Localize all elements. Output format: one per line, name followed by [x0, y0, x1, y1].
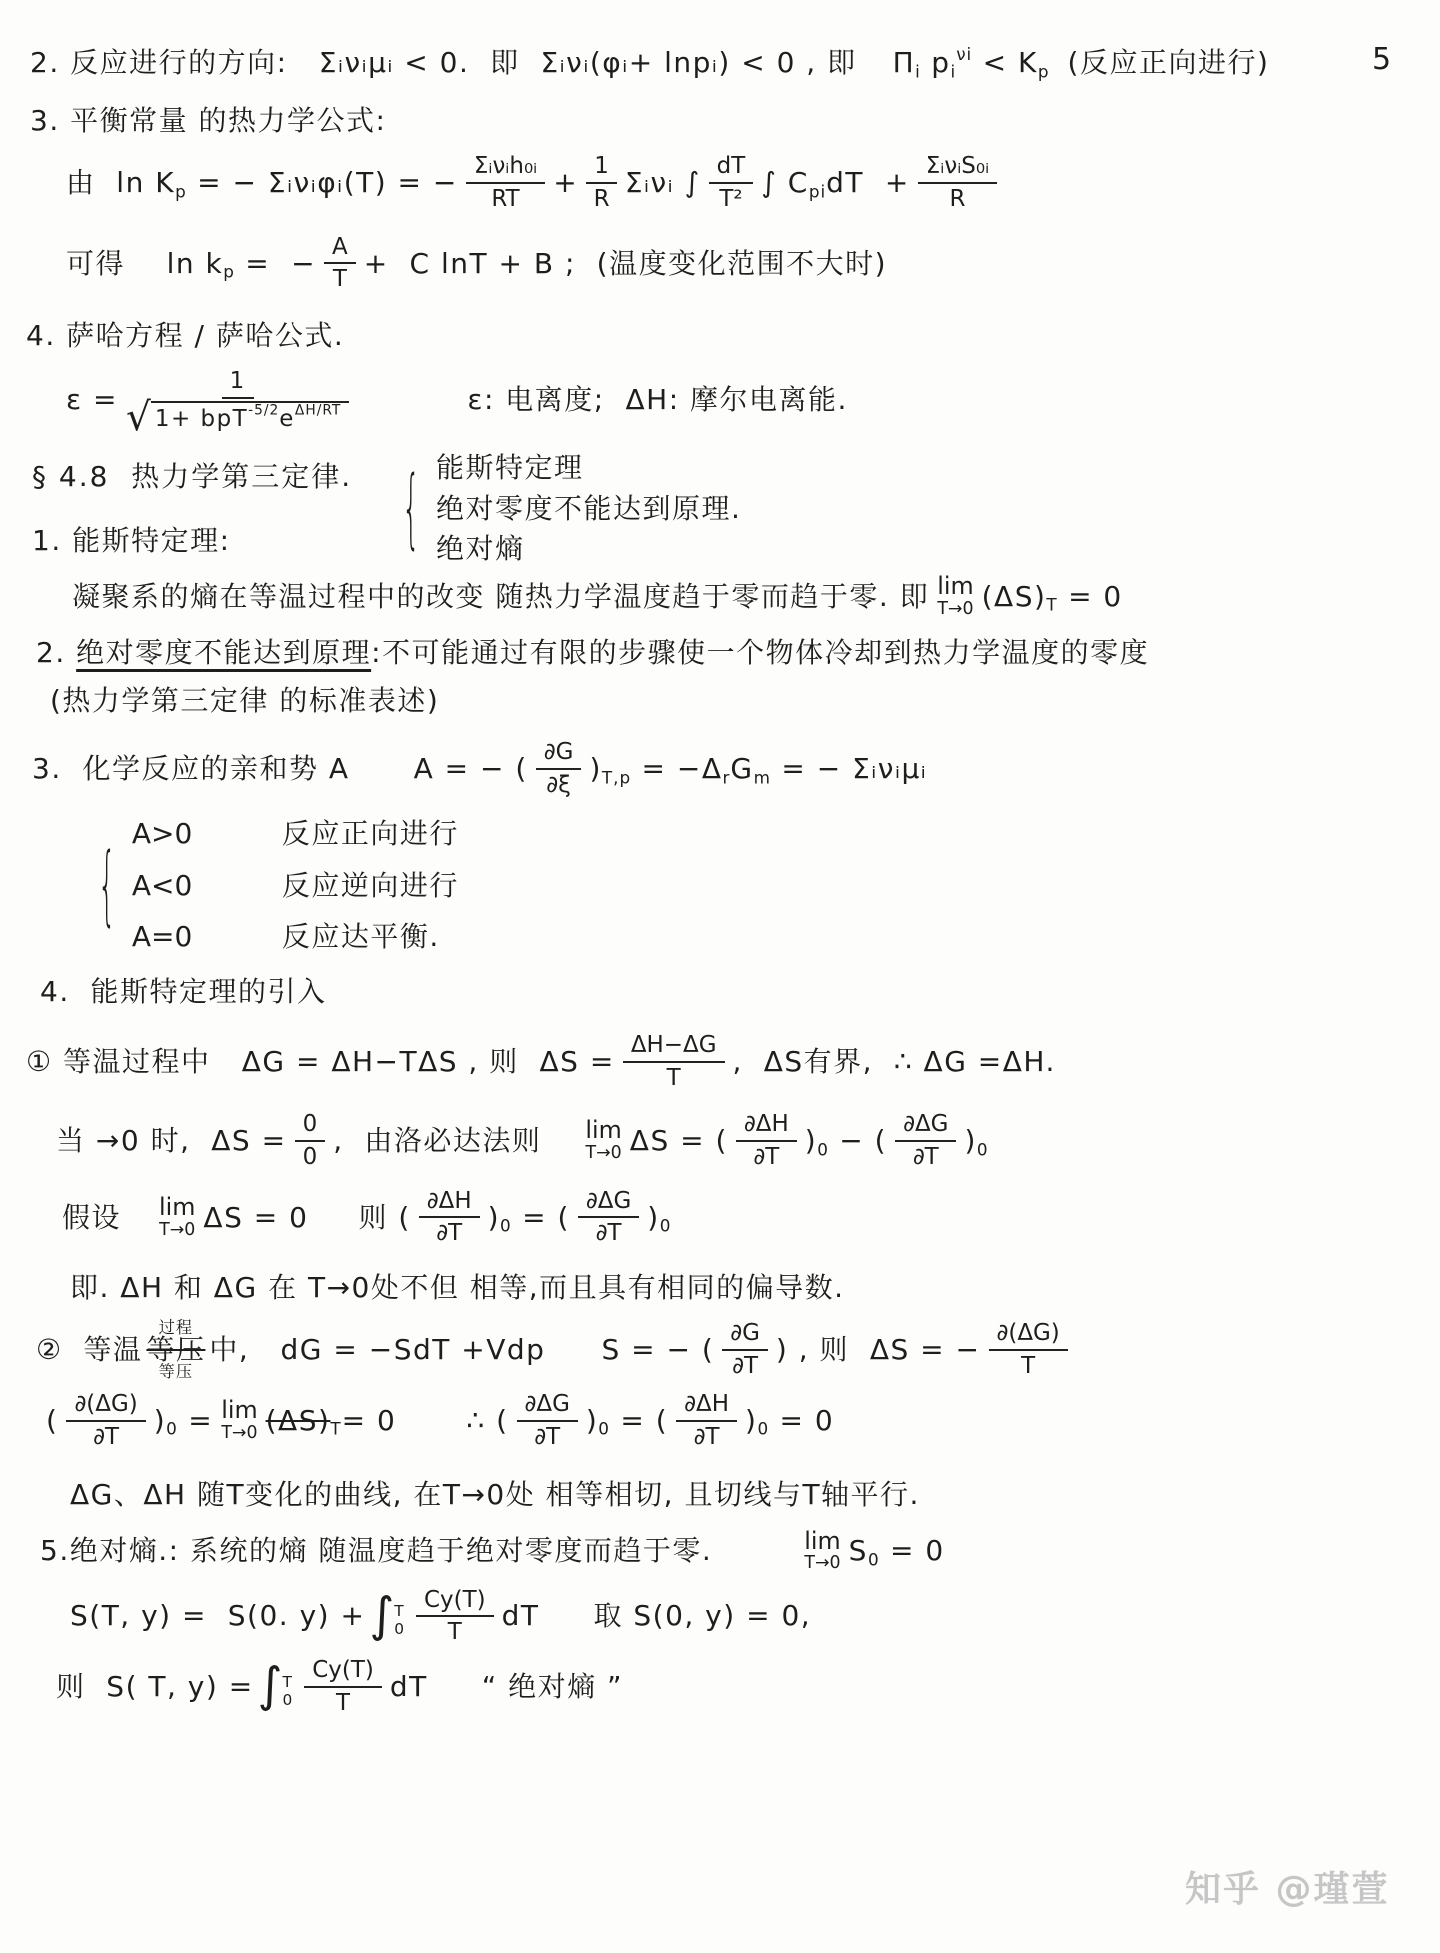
note-line: 2. 反应进行的方向: Σᵢνᵢμᵢ < 0. 即 Σᵢνᵢ(φᵢ+ lnpᵢ)… — [30, 46, 1430, 80]
spacer — [539, 1616, 593, 1617]
brace-row: A>0反应正向进行 — [132, 817, 459, 851]
note-line: 3. 化学反应的亲和势 AA = − (∂G∂ξ)T,p = −ΔrGm = −… — [32, 737, 1430, 800]
fraction-denominator: R — [594, 184, 610, 212]
math-fraction: ∂ΔH∂T — [676, 1391, 737, 1450]
spacer — [1050, 62, 1068, 63]
text-run: 2. 反应进行的方向: Σᵢνᵢμᵢ < 0. 即 Σᵢνᵢ(φᵢ+ lnpᵢ)… — [30, 46, 857, 80]
text-run: = ( — [512, 1201, 570, 1235]
handwritten-notes-page: 5 2. 反应进行的方向: Σᵢνᵢμᵢ < 0. 即 Σᵢνᵢ(φᵢ+ lnp… — [0, 0, 1440, 1953]
math-fraction: dTT² — [709, 153, 754, 212]
subscript: pi — [809, 181, 826, 201]
text-run: S(T, y) = S(0. y) + — [70, 1599, 365, 1633]
lower-bound: 0 — [282, 1691, 292, 1709]
note-line: ① 等温过程中 ΔG = ΔH−TΔS , 则 ΔS =ΔH−ΔGT, ΔS有界… — [26, 1030, 1430, 1093]
text-run: ) — [488, 1201, 500, 1235]
upper-bound: T — [282, 1673, 292, 1691]
spacer — [357, 400, 467, 401]
superscript: ΔH/RT — [295, 403, 341, 419]
limit: limT→0 — [585, 1119, 621, 1162]
fraction-denominator: T — [1021, 1351, 1035, 1379]
note-line: 5.绝对熵.: 系统的熵 随温度趋于绝对零度而趋于零.limT→0S0 = 0 — [40, 1530, 1430, 1573]
note-line: 假设limT→0ΔS = 0则 (∂ΔH∂T)0 = (∂ΔG∂T)0 — [62, 1186, 1430, 1249]
note-line: (∂(ΔG)∂T)0 =limT→0(ΔS)T= 0∴ (∂ΔG∂T)0 = (… — [46, 1389, 1430, 1452]
text-run: ε: 电离度; ΔH: 摩尔电离能. — [467, 383, 848, 417]
fraction-denominator: T² — [719, 184, 742, 212]
fraction-numerator: Σᵢνᵢh₀ᵢ — [466, 153, 545, 183]
fraction-denominator: 0 — [303, 1142, 318, 1170]
subscript: 0 — [868, 1549, 880, 1569]
spacer — [545, 1349, 601, 1350]
text-run: (反应正向进行) — [1068, 46, 1270, 80]
math-fraction: ∂(ΔG)T — [989, 1320, 1068, 1379]
note-line: ΔG、ΔH 随T变化的曲线, 在T→0处 相等相切, 且切线与T轴平行. — [70, 1478, 1430, 1512]
text-run: 由 ln K — [66, 166, 175, 200]
radical-sign: √ — [126, 403, 151, 432]
text-run: ε = — [66, 383, 118, 417]
spacer — [428, 1686, 482, 1687]
note-line: 则 S( T, y) =∫T0Cy(T)TdT“ 绝对熵 ” — [56, 1655, 1430, 1718]
text-run: S — [849, 1534, 868, 1568]
text-run: ) — [805, 1124, 817, 1158]
underlined-text: 绝对零度不能达到原理 — [76, 636, 371, 670]
fraction-numerator: A — [324, 234, 356, 264]
integral-bounds: T0 — [282, 1673, 292, 1705]
text-run: Π — [893, 46, 916, 80]
brace-row: A<0反应逆向进行 — [132, 869, 459, 903]
text-run: Σᵢνᵢ ∫ — [625, 166, 701, 200]
struck-word: 等压 — [146, 1336, 205, 1364]
fraction-numerator: 0 — [295, 1111, 326, 1141]
note-line: 即. ΔH 和 ΔG 在 T→0处不但 相等,而且具有相同的偏导数. — [70, 1271, 1430, 1305]
fraction-numerator: ∂G — [536, 739, 582, 769]
text-run: dT — [502, 1599, 540, 1633]
text-run: ∴ ( — [466, 1404, 508, 1438]
text-run: ① 等温过程中 ΔG = ΔH−TΔS , 则 ΔS = — [26, 1045, 615, 1079]
fraction-denominator: ∂T — [596, 1218, 622, 1246]
brace-item: 绝对零度不能达到原理. — [436, 492, 741, 526]
text-run: 3. 化学反应的亲和势 A — [32, 752, 350, 786]
text-run: ) — [964, 1124, 976, 1158]
spacer — [121, 1217, 151, 1218]
fraction-denominator: T — [448, 1617, 462, 1645]
fraction-numerator: ∂ΔG — [895, 1111, 956, 1141]
math-fraction: ∂ΔH∂T — [736, 1111, 797, 1170]
superscript: νi — [956, 43, 972, 63]
text-run: 4. 能斯特定理的引入 — [40, 975, 327, 1009]
fraction-numerator: ∂ΔH — [736, 1111, 797, 1141]
subscript: T,p — [602, 767, 631, 787]
upper-bound: T — [394, 1602, 404, 1620]
brace-items: 能斯特定理绝对零度不能达到原理.绝对熵 — [436, 444, 741, 573]
fraction-numerator: Cy(T) — [416, 1587, 494, 1617]
subscript: 0 — [757, 1419, 769, 1439]
math-fraction: ΣᵢνᵢS₀ᵢR — [918, 153, 997, 212]
note-line: 4. 能斯特定理的引入 — [40, 975, 1430, 1009]
math-fraction: ∂ΔH∂T — [419, 1188, 480, 1247]
subscript: T — [330, 1419, 341, 1439]
curly-brace-icon: { — [402, 456, 420, 560]
text-run: = ( — [610, 1404, 668, 1438]
limit-word: lim — [804, 1530, 840, 1554]
text-run: p — [921, 46, 951, 80]
fraction-denominator: ∂T — [732, 1351, 758, 1379]
limit-word: lim — [937, 575, 973, 599]
integral-bounds: T0 — [394, 1602, 404, 1634]
text-run: = − Σᵢνᵢμᵢ — [771, 752, 927, 786]
text-run: § 4.8 热力学第三定律. — [32, 460, 352, 494]
integral: ∫T0 — [369, 1595, 404, 1638]
text-run: = −Δ — [631, 752, 722, 786]
limit-under: T→0 — [585, 1145, 621, 1162]
math-fraction: Cy(T)T — [304, 1657, 382, 1716]
spacer — [396, 1420, 466, 1421]
radicand: 1+ bpT-5/2eΔH/RT — [151, 401, 349, 432]
fraction-denominator: T — [336, 1688, 350, 1716]
zhihu-watermark: 知乎 @瑾萱 — [1185, 1868, 1390, 1911]
text-run: ΔS = ( — [630, 1124, 728, 1158]
text-run: dT — [390, 1670, 428, 1704]
text-run: 1. 能斯特定理: — [32, 524, 352, 558]
text-run: = — [178, 1404, 213, 1438]
text-run: (ΔS) — [982, 580, 1047, 614]
spacer — [712, 1551, 796, 1552]
note-line: 当 →0 时, ΔS =00, 由洛必达法则limT→0ΔS = (∂ΔH∂T)… — [56, 1109, 1430, 1172]
text-run: ( — [46, 1404, 58, 1438]
text-run: ) — [586, 1404, 598, 1438]
limit-under: T→0 — [221, 1425, 257, 1442]
text-run: = 0 — [769, 1404, 834, 1438]
lower-bound: 0 — [394, 1620, 404, 1638]
subscript: 0 — [166, 1419, 178, 1439]
fraction-denominator: RT — [491, 184, 519, 212]
text-run: A = − ( — [414, 752, 528, 786]
text-run: ∫ C — [761, 166, 809, 200]
text-run: + C lnT + B ; (温度变化范围不大时) — [364, 247, 887, 281]
text-run: 2. — [36, 636, 76, 670]
condition: A=0 — [132, 920, 282, 954]
subscript: p — [175, 181, 187, 201]
text-run: ) — [589, 752, 601, 786]
note-line: § 4.8 热力学第三定律.1. 能斯特定理:{能斯特定理绝对零度不能达到原理.… — [32, 444, 1430, 573]
struck-text: (ΔS) — [266, 1404, 331, 1438]
note-line: 由 ln Kp = − Σᵢνᵢφᵢ(T) = −Σᵢνᵢh₀ᵢRT+1RΣᵢν… — [66, 151, 1430, 214]
fraction-numerator: ∂ΔG — [517, 1391, 578, 1421]
subscript: p — [1038, 61, 1050, 81]
math-fraction: ∂(ΔG)∂T — [66, 1391, 145, 1450]
note-line: (热力学第三定律 的标准表述) — [50, 684, 1430, 718]
curly-brace-icon: { — [98, 833, 116, 937]
condition: A<0 — [132, 869, 282, 903]
text-run: S = − ( — [601, 1333, 714, 1367]
text-run: ) , 则 ΔS = − — [776, 1333, 981, 1367]
inserted-word-below: 等压 — [159, 1364, 193, 1380]
spacer — [857, 62, 893, 63]
subscript: m — [754, 767, 771, 787]
brace-rows: A>0反应正向进行A<0反应逆向进行A=0反应达平衡. — [132, 808, 459, 963]
condition: A>0 — [132, 817, 282, 851]
fraction-numerator: ∂ΔH — [419, 1188, 480, 1218]
fraction-denominator: √1+ bpT-5/2eΔH/RT — [126, 399, 349, 432]
note-line: 2. 绝对零度不能达到原理:不可能通过有限的步骤使一个物体冷却到热力学温度的零度 — [36, 636, 1430, 670]
text-run: 中, dG = −SdT +Vdp — [209, 1333, 545, 1367]
fraction-denominator: T — [333, 264, 347, 292]
fraction-numerator: ∂(ΔG) — [989, 1320, 1068, 1350]
math-fraction: ∂ΔG∂T — [517, 1391, 578, 1450]
note-line: 凝聚系的熵在等温过程中的改变 随热力学温度趋于零而趋于零. 即limT→0(ΔS… — [72, 575, 1430, 618]
spacer — [308, 1217, 358, 1218]
text-run: < K — [972, 46, 1038, 80]
text-run: “ 绝对熵 ” — [482, 1670, 623, 1704]
text-run: = 0 — [342, 1404, 397, 1438]
note-line: ε =1√1+ bpT-5/2eΔH/RTε: 电离度; ΔH: 摩尔电离能. — [66, 366, 1430, 434]
spacer — [350, 768, 414, 769]
text-run: , 由洛必达法则 — [333, 1124, 541, 1158]
fraction-numerator: ΣᵢνᵢS₀ᵢ — [918, 153, 997, 183]
subscript: i — [915, 61, 921, 81]
subscript: 0 — [660, 1216, 672, 1236]
text-run: 3. 平衡常量 的热力学公式: — [30, 104, 386, 138]
text-run: G — [730, 752, 753, 786]
note-line: 4. 萨哈方程 / 萨哈公式. — [26, 319, 1430, 353]
math-fraction: ∂G∂ξ — [536, 739, 582, 798]
fraction-denominator: ∂T — [913, 1142, 939, 1170]
text-run: 5.绝对熵.: 系统的熵 随温度趋于绝对零度而趋于零. — [40, 1534, 712, 1568]
math-fraction: ∂ΔG∂T — [895, 1111, 956, 1170]
fraction-numerator: Cy(T) — [304, 1657, 382, 1687]
subscript: 0 — [500, 1216, 512, 1236]
fraction-numerator: ∂ΔH — [676, 1391, 737, 1421]
fraction-numerator: ∂(ΔG) — [66, 1391, 145, 1421]
math-fraction: AT — [324, 234, 356, 293]
consequence: 反应正向进行 — [282, 817, 459, 851]
superscript: -5/2 — [248, 403, 279, 419]
notes-content: 2. 反应进行的方向: Σᵢνᵢμᵢ < 0. 即 Σᵢνᵢ(φᵢ+ lnpᵢ)… — [0, 0, 1440, 1718]
limit: limT→0 — [804, 1530, 840, 1573]
subscript: r — [723, 767, 731, 787]
math-fraction: Σᵢνᵢh₀ᵢRT — [466, 153, 545, 212]
subscript: 0 — [817, 1139, 829, 1159]
note-line: 可得 ln kp = −AT+ C lnT + B ; (温度变化范围不大时) — [66, 232, 1430, 295]
note-line: S(T, y) = S(0. y) +∫T0Cy(T)TdT取 S(0, y) … — [70, 1585, 1430, 1648]
brace-item: 能斯特定理 — [436, 451, 741, 485]
note-line: 3. 平衡常量 的热力学公式: — [30, 104, 1430, 138]
text-run: ② 等温 — [36, 1333, 142, 1367]
subscript: 0 — [977, 1139, 989, 1159]
fraction-denominator: ∂T — [753, 1142, 779, 1170]
fraction-denominator: ∂T — [694, 1422, 720, 1450]
page-number: 5 — [1372, 42, 1391, 78]
limit-word: lim — [221, 1399, 257, 1423]
math-fraction: Cy(T)T — [416, 1587, 494, 1646]
fraction-numerator: 1 — [586, 153, 617, 183]
fraction-denominator: R — [950, 184, 966, 212]
limit-under: T→0 — [159, 1222, 195, 1239]
subscript: i — [951, 61, 957, 81]
fraction-denominator: ∂T — [436, 1218, 462, 1246]
text-run: = − Σᵢνᵢφᵢ(T) = − — [187, 166, 458, 200]
text-run: 假设 — [62, 1201, 121, 1235]
math-fraction: ∂G∂T — [722, 1320, 768, 1379]
text-run: 当 →0 时, ΔS = — [56, 1124, 287, 1158]
limit-under: T→0 — [804, 1555, 840, 1572]
integral-sign: ∫ — [258, 1665, 283, 1708]
subscript: p — [223, 262, 235, 282]
text-run: 凝聚系的熵在等温过程中的改变 随热力学温度趋于零而趋于零. 即 — [72, 580, 929, 614]
text-run: ΔS = 0 — [203, 1201, 308, 1235]
limit: limT→0 — [221, 1399, 257, 1442]
text-run: = 0 — [1058, 580, 1123, 614]
note-line: {A>0反应正向进行A<0反应逆向进行A=0反应达平衡. — [82, 808, 1430, 963]
fraction-denominator: ∂ξ — [546, 770, 571, 798]
fraction-numerator: dT — [709, 153, 754, 183]
text-run: dT + — [826, 166, 910, 200]
square-root: √1+ bpT-5/2eΔH/RT — [126, 401, 349, 432]
limit: limT→0 — [159, 1196, 195, 1239]
fraction-denominator: ∂T — [534, 1422, 560, 1450]
text-run: 即. ΔH 和 ΔG 在 T→0处不但 相等,而且具有相同的偏导数. — [70, 1271, 845, 1305]
math-fraction: ΔH−ΔGT — [623, 1032, 725, 1091]
text-run: 可得 ln k — [66, 247, 223, 281]
brace-group: {能斯特定理绝对零度不能达到原理.绝对熵 — [386, 444, 741, 573]
text-run: ΔG、ΔH 随T变化的曲线, 在T→0处 相等相切, 且切线与T轴平行. — [70, 1478, 920, 1512]
inline-correction: 过程等压等压 — [146, 1320, 205, 1380]
text-run: e — [279, 406, 295, 432]
subscript: 0 — [598, 1419, 610, 1439]
spacer — [541, 1140, 577, 1141]
fraction-numerator: ΔH−ΔG — [623, 1032, 725, 1062]
consequence: 反应达平衡. — [282, 920, 440, 954]
integral: ∫T0 — [258, 1665, 293, 1708]
text-run: ) — [745, 1404, 757, 1438]
limit-word: lim — [159, 1196, 195, 1220]
integral-sign: ∫ — [369, 1595, 394, 1638]
limit-under: T→0 — [937, 601, 973, 618]
text-run: = − — [235, 247, 316, 281]
math-fraction: 1√1+ bpT-5/2eΔH/RT — [126, 368, 349, 432]
text-run: 则 S( T, y) = — [56, 1670, 254, 1704]
subscript: T — [1046, 595, 1057, 615]
text-run: 取 S(0, y) = 0, — [593, 1599, 811, 1633]
consequence: 反应逆向进行 — [282, 869, 459, 903]
text-run: , ΔS有界, ∴ ΔG =ΔH. — [733, 1045, 1056, 1079]
fraction-denominator: T — [667, 1063, 681, 1091]
text-run: 4. 萨哈方程 / 萨哈公式. — [26, 319, 344, 353]
text-run: 1+ bpT — [155, 406, 248, 432]
note-line: ② 等温过程等压等压中, dG = −SdT +VdpS = − (∂G∂T) … — [36, 1318, 1430, 1381]
left-column: § 4.8 热力学第三定律.1. 能斯特定理: — [32, 460, 352, 557]
fraction-numerator: 1 — [222, 368, 254, 398]
brace-row: A=0反应达平衡. — [132, 920, 459, 954]
text-run: ) — [154, 1404, 166, 1438]
text-run: 则 ( — [358, 1201, 410, 1235]
text-run: − ( — [829, 1124, 887, 1158]
text-run: ) — [647, 1201, 659, 1235]
fraction-numerator: ∂G — [722, 1320, 768, 1350]
limit: limT→0 — [937, 575, 973, 618]
fraction-denominator: ∂T — [93, 1422, 119, 1450]
limit-word: lim — [585, 1119, 621, 1143]
text-run: 1 — [230, 368, 246, 394]
math-fraction: 00 — [295, 1111, 326, 1170]
fraction-numerator: ∂ΔG — [578, 1188, 639, 1218]
text-run: (热力学第三定律 的标准表述) — [50, 684, 439, 718]
brace-item: 绝对熵 — [436, 532, 741, 566]
math-fraction: 1R — [586, 153, 617, 212]
text-run: + — [553, 166, 578, 200]
text-run: :不可能通过有限的步骤使一个物体冷却到热力学温度的零度 — [371, 636, 1149, 670]
math-fraction: ∂ΔG∂T — [578, 1188, 639, 1247]
text-run: = 0 — [880, 1534, 945, 1568]
